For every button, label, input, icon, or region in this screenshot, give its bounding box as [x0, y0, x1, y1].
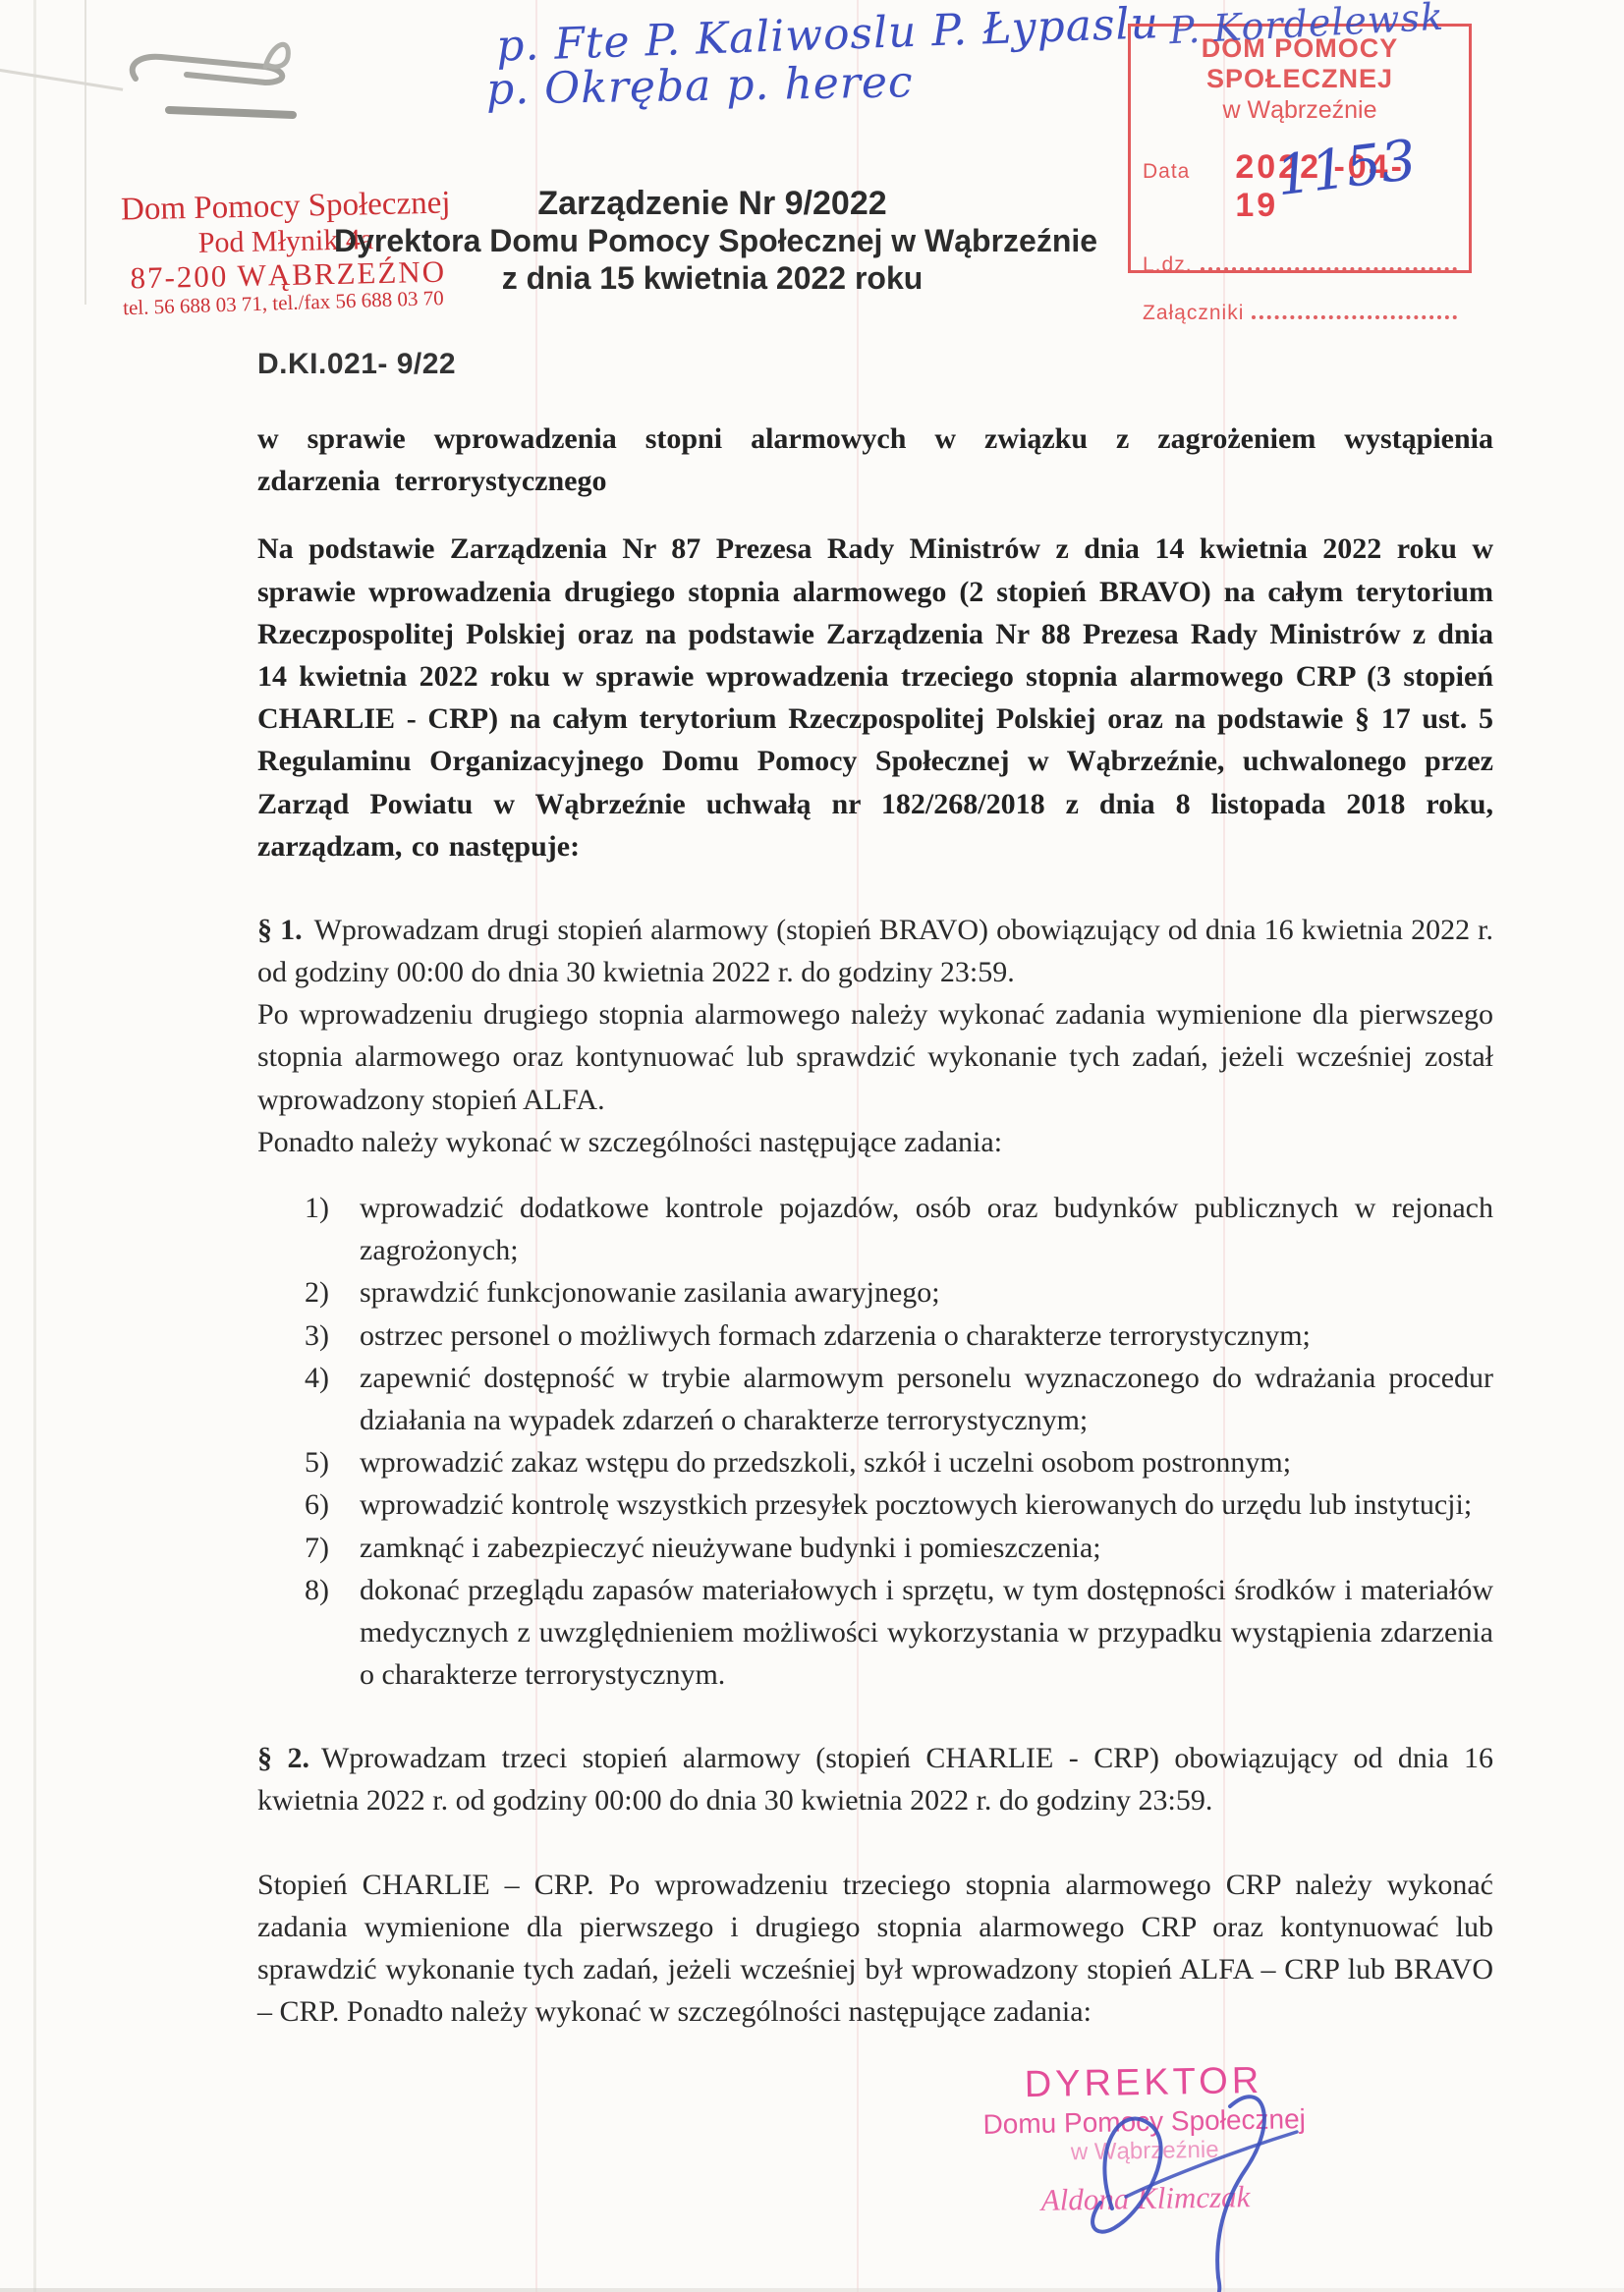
- page-edge-line-2: [84, 0, 86, 305]
- intake-stamp-org-city: w Wąbrzeźnie: [1131, 96, 1469, 125]
- task-item: 1) wprowadzić dodatkowe kontrole pojazdó…: [305, 1187, 1493, 1271]
- task-list: 1) wprowadzić dodatkowe kontrole pojazdó…: [305, 1187, 1493, 1696]
- signature-scrawl: [1043, 2081, 1338, 2292]
- document-title: Zarządzenie Nr 9/2022 Dyrektora Domu Pom…: [334, 185, 1091, 297]
- paperclip-icon: [118, 18, 364, 126]
- scanned-document-page: p. Fte P. Kaliwoslu P. Łypaslu p. Okręba…: [0, 0, 1624, 2292]
- task-text: wprowadzić dodatkowe kontrole pojazdów, …: [360, 1187, 1493, 1271]
- task-text: wprowadzić kontrolę wszystkich przesyłek…: [360, 1483, 1493, 1526]
- section-1-label: § 1.: [257, 914, 303, 946]
- section-1-text-a: Wprowadzam drugi stopień alarmowy (stopi…: [257, 914, 1493, 988]
- task-number: 6): [305, 1483, 360, 1526]
- section-2-paragraph-b: Stopień CHARLIE – CRP. Po wprowadzeniu t…: [257, 1864, 1493, 2034]
- page-edge-line: [33, 0, 36, 2292]
- legal-basis-paragraph: Na podstawie Zarządzenia Nr 87 Prezesa R…: [257, 528, 1493, 867]
- title-line-number: Zarządzenie Nr 9/2022: [334, 185, 1091, 223]
- subject-paragraph: w sprawie wprowadzenia stopni alarmowych…: [257, 418, 1493, 502]
- task-item: 6) wprowadzić kontrolę wszystkich przesy…: [305, 1483, 1493, 1526]
- task-text: zapewnić dostępność w trybie alarmowym p…: [360, 1357, 1493, 1441]
- task-number: 4): [305, 1357, 360, 1441]
- task-number: 8): [305, 1569, 360, 1697]
- section-2-paragraph-a: § 2.Wprowadzam trzeci stopień alarmowy (…: [257, 1737, 1493, 1821]
- task-number: 5): [305, 1441, 360, 1483]
- task-number: 3): [305, 1314, 360, 1357]
- intake-stamp-ldz-label: L.dz.: [1143, 253, 1193, 277]
- section-1-paragraph-b: Po wprowadzeniu drugiego stopnia alarmow…: [257, 993, 1493, 1121]
- section-1-paragraph-a: § 1.Wprowadzam drugi stopień alarmowy (s…: [257, 909, 1493, 993]
- section-2-text-a: Wprowadzam trzeci stopień alarmowy (stop…: [257, 1742, 1493, 1817]
- reference-number: D.KI.021- 9/22: [257, 348, 456, 381]
- task-item: 7) zamknąć i zabezpieczyć nieużywane bud…: [305, 1527, 1493, 1569]
- dotted-line: [1252, 299, 1457, 319]
- task-text: dokonać przeglądu zapasów materiałowych …: [360, 1569, 1493, 1697]
- title-line-issuer: Dyrektora Domu Pomocy Społecznej w Wąbrz…: [334, 223, 1091, 259]
- task-number: 1): [305, 1187, 360, 1271]
- task-number: 2): [305, 1271, 360, 1314]
- underlying-sheet-edge: [0, 65, 123, 90]
- task-text: wprowadzić zakaz wstępu do przedszkoli, …: [360, 1441, 1493, 1483]
- section-2-label: § 2.: [257, 1742, 309, 1774]
- section-1-paragraph-c: Ponadto należy wykonać w szczególności n…: [257, 1121, 1493, 1163]
- title-line-date: z dnia 15 kwietnia 2022 roku: [334, 260, 1091, 297]
- intake-stamp-attachments-label: Załączniki: [1143, 302, 1244, 325]
- dotted-line: [1201, 251, 1457, 271]
- task-text: ostrzec personel o możliwych formach zda…: [360, 1314, 1493, 1357]
- task-item: 2) sprawdzić funkcjonowanie zasilania aw…: [305, 1271, 1493, 1314]
- handwritten-note-line2: p. Okręba p. herec: [486, 57, 914, 115]
- intake-stamp: DOM POMOCY SPOŁECZNEJ w Wąbrzeźnie Data …: [1128, 24, 1472, 273]
- task-item: 3) ostrzec personel o możliwych formach …: [305, 1314, 1493, 1357]
- task-text: sprawdzić funkcjonowanie zasilania awary…: [360, 1271, 1493, 1314]
- intake-stamp-date-label: Data: [1143, 160, 1190, 184]
- scan-bottom-edge: [0, 2288, 1624, 2292]
- task-item: 5) wprowadzić zakaz wstępu do przedszkol…: [305, 1441, 1493, 1483]
- task-item: 8) dokonać przeglądu zapasów materiałowy…: [305, 1569, 1493, 1697]
- task-text: zamknąć i zabezpieczyć nieużywane budynk…: [360, 1527, 1493, 1569]
- task-number: 7): [305, 1527, 360, 1569]
- document-body: w sprawie wprowadzenia stopni alarmowych…: [257, 418, 1493, 2033]
- task-item: 4) zapewnić dostępność w trybie alarmowy…: [305, 1357, 1493, 1441]
